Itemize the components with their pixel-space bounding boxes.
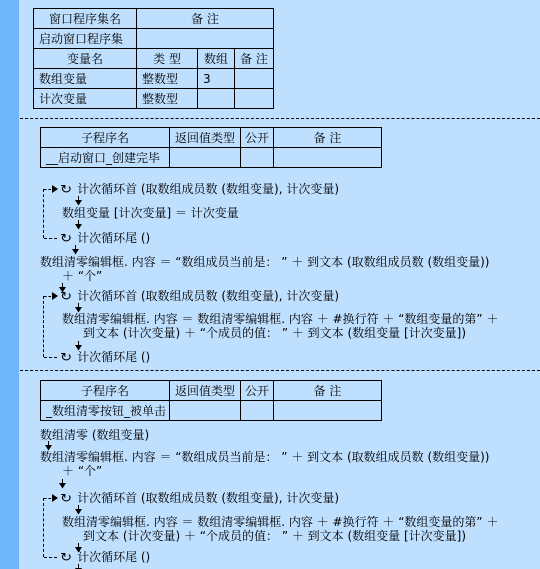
code-line-assignment[interactable]: 数组清零编辑框. 内容 ＝ “数组成员当前是： ” ＋ 到文本 (取数组成员数 …	[40, 451, 490, 464]
note-header: 备 注	[274, 381, 382, 401]
code-text: ＋ “个”	[62, 464, 102, 478]
code-text: ＋ “个”	[62, 269, 102, 283]
program-set-table: 窗口程序集名 备 注 启动窗口程序集 变量名 类 型 数组 备 注 数组变量 整…	[33, 8, 274, 109]
variable-name-header: 变量名	[34, 49, 137, 69]
code-line-assignment[interactable]: 数组清零编辑框. 内容 ＝ 数组清零编辑框. 内容 ＋ #换行符 ＋ “数组变量…	[62, 516, 498, 529]
variable-type-header: 类 型	[137, 49, 198, 69]
code-text: 数组清零 (数组变量)	[40, 428, 149, 442]
program-set-name-cell[interactable]: 启动窗口程序集	[34, 29, 137, 49]
loop-icon: ↻	[60, 183, 72, 195]
code-line-assignment[interactable]: 数组清零编辑框. 内容 ＝ 数组清零编辑框. 内容 ＋ #换行符 ＋ “数组变量…	[62, 313, 498, 326]
section-separator	[20, 118, 540, 119]
return-type-header: 返回值类型	[170, 381, 241, 401]
code-line-loop-tail[interactable]: ↻计次循环尾 ()	[61, 351, 150, 364]
note-cell[interactable]	[274, 148, 382, 168]
code-line-continuation[interactable]: ＋ “个”	[62, 270, 102, 283]
public-header: 公开	[241, 381, 274, 401]
variable-note-cell[interactable]	[235, 89, 274, 109]
subroutine-name-header: 子程序名	[41, 381, 170, 401]
flow-down-arrow-icon	[74, 564, 83, 569]
code-text: 计次循环首 (取数组成员数 (数组变量), 计次变量)	[77, 182, 339, 196]
code-text: 计次循环首 (取数组成员数 (数组变量), 计次变量)	[77, 289, 339, 303]
flow-down-arrow-icon	[71, 245, 80, 255]
subroutine-name-cell[interactable]: _数组清零按钮_被单击	[41, 401, 170, 421]
subroutine-row: __启动窗口_创建完毕	[41, 148, 382, 168]
code-line-assignment[interactable]: 数组清零编辑框. 内容 ＝ “数组成员当前是： ” ＋ 到文本 (取数组成员数 …	[40, 256, 490, 269]
loop-bracket-line	[43, 189, 44, 238]
code-text: 数组清零编辑框. 内容 ＝ 数组清零编辑框. 内容 ＋ #换行符 ＋ “数组变量…	[62, 515, 498, 529]
code-line-continuation[interactable]: ＋ “个”	[62, 465, 102, 478]
variable-note-header: 备 注	[235, 49, 274, 69]
loop-icon: ↻	[60, 290, 72, 302]
code-text: 计次循环尾 ()	[77, 231, 150, 245]
code-text: 数组清零编辑框. 内容 ＝ 数组清零编辑框. 内容 ＋ #换行符 ＋ “数组变量…	[62, 312, 498, 326]
code-line-loop-head[interactable]: ↻计次循环首 (取数组成员数 (数组变量), 计次变量)	[61, 183, 339, 196]
loop-bracket-line	[43, 498, 44, 557]
variable-row: 数组变量 整数型 3	[34, 69, 274, 89]
code-line-call[interactable]: 数组清零 (数组变量)	[40, 429, 149, 442]
return-type-cell[interactable]	[170, 401, 241, 421]
code-line-continuation[interactable]: 到文本 (计次变量) ＋ “个成员的值： ” ＋ 到文本 (数组变量 [计次变量…	[83, 327, 466, 340]
variable-array-cell[interactable]	[198, 89, 235, 109]
loop-entry-arrow-icon	[52, 185, 58, 193]
code-text: 到文本 (计次变量) ＋ “个成员的值： ” ＋ 到文本 (数组变量 [计次变量…	[83, 326, 466, 340]
return-type-header: 返回值类型	[170, 128, 241, 148]
flow-down-arrow-icon	[74, 196, 83, 206]
section-separator	[20, 370, 540, 371]
loop-bracket-line	[44, 238, 57, 239]
loop-entry-arrow-icon	[52, 292, 58, 300]
variable-note-cell[interactable]	[235, 69, 274, 89]
loop-bracket-line	[44, 296, 51, 297]
note-header: 备 注	[137, 9, 274, 29]
public-cell[interactable]	[241, 148, 274, 168]
table-row: 变量名 类 型 数组 备 注	[34, 49, 274, 69]
flow-down-arrow-icon	[74, 220, 83, 230]
loop-icon: ↻	[60, 492, 72, 504]
subroutine-name-cell[interactable]: __启动窗口_创建完毕	[41, 148, 170, 168]
code-line-loop-head[interactable]: ↻计次循环首 (取数组成员数 (数组变量), 计次变量)	[61, 492, 339, 505]
code-text: 计次循环尾 ()	[77, 350, 150, 364]
window-program-set-name-header: 窗口程序集名	[34, 9, 137, 29]
code-text: 数组清零编辑框. 内容 ＝ “数组成员当前是： ” ＋ 到文本 (取数组成员数 …	[40, 450, 490, 464]
editor-left-gutter	[0, 0, 19, 569]
code-text: 计次循环首 (取数组成员数 (数组变量), 计次变量)	[77, 491, 339, 505]
code-text: 到文本 (计次变量) ＋ “个成员的值： ” ＋ 到文本 (数组变量 [计次变量…	[83, 529, 466, 543]
code-text: 数组清零编辑框. 内容 ＝ “数组成员当前是： ” ＋ 到文本 (取数组成员数 …	[40, 255, 490, 269]
loop-bracket-line	[44, 557, 57, 558]
code-text: 数组变量 [计次变量] ＝ 计次变量	[62, 206, 239, 220]
table-row: 启动窗口程序集	[34, 29, 274, 49]
program-set-note-cell[interactable]	[137, 29, 274, 49]
loop-icon: ↻	[60, 351, 72, 363]
loop-icon: ↻	[60, 232, 72, 244]
variable-array-cell[interactable]: 3	[198, 69, 235, 89]
loop-bracket-line	[43, 296, 44, 357]
return-type-cell[interactable]	[170, 148, 241, 168]
loop-bracket-line	[44, 189, 51, 190]
variable-array-header: 数组	[198, 49, 235, 69]
code-line-loop-head[interactable]: ↻计次循环首 (取数组成员数 (数组变量), 计次变量)	[61, 290, 339, 303]
code-line-continuation[interactable]: 到文本 (计次变量) ＋ “个成员的值： ” ＋ 到文本 (数组变量 [计次变量…	[83, 530, 466, 543]
public-header: 公开	[241, 128, 274, 148]
variable-name-cell[interactable]: 计次变量	[34, 89, 137, 109]
code-text: 计次循环尾 ()	[77, 550, 150, 564]
subroutine-table-clear-button: 子程序名 返回值类型 公开 备 注 _数组清零按钮_被单击	[40, 380, 382, 421]
variable-type-cell[interactable]: 整数型	[137, 69, 198, 89]
code-editor: 窗口程序集名 备 注 启动窗口程序集 变量名 类 型 数组 备 注 数组变量 整…	[0, 0, 540, 569]
table-row: 窗口程序集名 备 注	[34, 9, 274, 29]
loop-bracket-line	[44, 357, 57, 358]
variable-type-cell[interactable]: 整数型	[137, 89, 198, 109]
flow-down-arrow-icon	[58, 479, 67, 489]
loop-icon: ↻	[60, 551, 72, 563]
public-cell[interactable]	[241, 401, 274, 421]
table-row: 子程序名 返回值类型 公开 备 注	[41, 128, 382, 148]
variable-name-cell[interactable]: 数组变量	[34, 69, 137, 89]
loop-bracket-line	[44, 498, 51, 499]
loop-entry-arrow-icon	[52, 494, 58, 502]
note-header: 备 注	[274, 128, 382, 148]
subroutine-row: _数组清零按钮_被单击	[41, 401, 382, 421]
code-line-assignment[interactable]: 数组变量 [计次变量] ＝ 计次变量	[62, 207, 239, 220]
table-row: 子程序名 返回值类型 公开 备 注	[41, 381, 382, 401]
note-cell[interactable]	[274, 401, 382, 421]
code-line-loop-tail[interactable]: ↻计次循环尾 ()	[61, 551, 150, 564]
code-line-loop-tail[interactable]: ↻计次循环尾 ()	[61, 232, 150, 245]
flow-down-arrow-icon	[74, 505, 83, 515]
variable-row: 计次变量 整数型	[34, 89, 274, 109]
subroutine-table-startup: 子程序名 返回值类型 公开 备 注 __启动窗口_创建完毕	[40, 127, 382, 168]
subroutine-name-header: 子程序名	[41, 128, 170, 148]
